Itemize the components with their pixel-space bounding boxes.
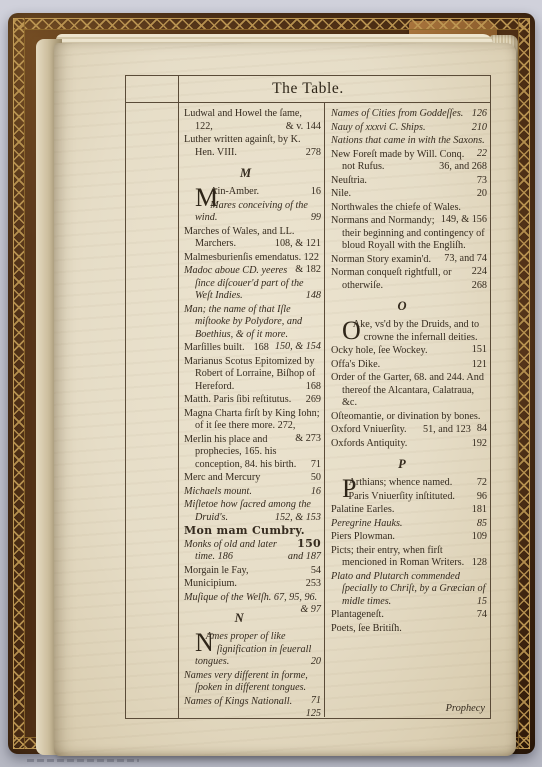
page-ref: 210 [466, 122, 487, 135]
index-entry: Neuſtria. 73 [331, 175, 487, 188]
index-entry: Palatine Earles. 181 [331, 504, 487, 517]
index-entry: Plantageneſt. 74 [331, 609, 487, 622]
catchword: Prophecy [446, 703, 485, 714]
page-ref: 224 [466, 266, 487, 279]
book-photo: The Table. Ludwal and Howel the ſame, 12… [0, 0, 542, 767]
page-ref: 125 [300, 708, 321, 717]
book-page: The Table. Ludwal and Howel the ſame, 12… [54, 43, 516, 756]
index-column-right: Names of Cities from Goddeſſes. 126Nauy … [325, 103, 490, 717]
page-ref: 20 [305, 656, 321, 669]
index-entry: Municipium. 253 [184, 578, 321, 591]
page-ref: 54 [305, 565, 321, 578]
page-ref: 16 [305, 186, 321, 199]
index-entry: Names very different in forme, ſpoken in… [184, 670, 321, 695]
index-entry: Luther written againſt, by K. Hen. VIII.… [184, 134, 321, 159]
page-ref: 269 [300, 394, 321, 407]
index-entry: Nauy of xxxvi C. Ships. 210 [331, 122, 487, 135]
page-ref: 108, & 121 [269, 238, 321, 251]
section-heading: P [331, 457, 473, 472]
index-entry: PArthians; whence named. 72 [331, 477, 487, 490]
index-entry: MAin-Amber. 16 [184, 186, 321, 199]
table-header-row: The Table. [126, 76, 490, 103]
index-entry: Marches of Wales, and LL. Marchers. 108,… [184, 226, 321, 251]
photo-credit-illegible [27, 759, 139, 762]
index-entry: Magna Charta firſt by King Iohn; of it ſ… [184, 408, 321, 433]
index-entry: Ocky hole, ſee Wockey. [331, 345, 487, 358]
page-title: The Table. [126, 76, 490, 102]
page-ref: & v. 144 [280, 121, 321, 134]
section-heading: O [331, 299, 473, 314]
page-ref: 74 [471, 609, 487, 622]
page-ref: 22 [471, 148, 487, 161]
page-ref: & 273 [289, 433, 321, 446]
book-cover: The Table. Ludwal and Howel the ſame, 12… [8, 13, 535, 754]
table-frame: The Table. Ludwal and Howel the ſame, 12… [125, 75, 491, 719]
index-entry: Marianus Scotus Epitomized by Robert of … [184, 356, 321, 394]
index-entry: Peregrine Hauks. 85 [331, 518, 487, 531]
index-entry: Names of Cities from Goddeſſes. 126 [331, 108, 487, 121]
page-ref: 50 [305, 472, 321, 485]
page-ref: 278 [300, 147, 321, 160]
index-entry: Nile. 20 [331, 188, 487, 201]
index-entry: Oſteomantie, or divination by bones. 84 [331, 411, 487, 424]
table-body: Ludwal and Howel the ſame, 122, & v. 144… [126, 103, 490, 717]
index-entry: New Foreſt made by Will. Conq. not Rufus… [331, 149, 487, 174]
index-entry: Ludwal and Howel the ſame, 122, & v. 144 [184, 108, 321, 133]
index-entry: NAmes proper of like ſignification in ſe… [184, 631, 321, 669]
index-entry: Poets, ſee Britiſh. [331, 623, 487, 636]
index-entry: Piers Plowman. 109 [331, 531, 487, 544]
page-ref: 15 [471, 596, 487, 609]
index-entry: Paris Vniuerſity inſtituted. 96 [331, 491, 487, 504]
page-ref: 73, and 74 [438, 253, 487, 266]
page-ref: 73 [471, 175, 487, 188]
page-ref: 71 [305, 459, 321, 472]
page-ref: 148 [300, 290, 321, 303]
drop-cap: N [195, 631, 217, 655]
page-ref: 268 [466, 280, 487, 293]
index-entry: Northwales the chiefe of Wales. 149, & 1… [331, 202, 487, 215]
index-entry: Offa's Dike. 121 [331, 359, 487, 372]
gutter-rule [178, 76, 179, 718]
page-ref: 85 [471, 518, 487, 531]
gutter-cell [126, 103, 178, 717]
page-ref: 16 [305, 486, 321, 499]
page-ref: & 182 [289, 264, 321, 277]
page-ref: 99 [305, 212, 321, 225]
page-ref: 168 [300, 381, 321, 394]
index-entry: Miſletoe how ſacred among the Druid's. 1… [184, 499, 321, 524]
page-ref: 36, and 268 [433, 161, 487, 174]
index-entry: Merc and Mercury 50 [184, 472, 321, 485]
page-ref: 20 [471, 188, 487, 201]
page-ref: 71 [305, 695, 321, 708]
index-entry: Norman conqueſt rightfull, or otherwiſe.… [331, 267, 487, 292]
page-ref: 150, & 154 [269, 341, 321, 354]
index-entry: Picts; their entry, when firſt mencioned… [331, 545, 487, 570]
index-entry: Malmesburienſis emendatus. 122 & 182 [184, 252, 321, 265]
index-entry: Plato and Plutarch commended ſpecially t… [331, 571, 487, 609]
index-entry: Morgain le Fay, 54 [184, 565, 321, 578]
page-ref: 128 [466, 557, 487, 570]
page-ref: 168 [248, 342, 269, 355]
index-column-left: Ludwal and Howel the ſame, 122, & v. 144… [178, 103, 324, 717]
index-entry: Nations that came in with the Saxons. 22 [331, 135, 487, 148]
page-ref: and 187 [282, 551, 321, 564]
page-ref: 84 [471, 423, 487, 436]
index-entry: Man; the name of that Iſle miſtooke by P… [184, 304, 321, 342]
gold-tooling-left [13, 18, 25, 749]
gold-tooling-top [13, 18, 530, 30]
page-ref: 72 [471, 477, 487, 490]
index-entry: OAke, vs'd by the Druids, and to crowne … [331, 319, 487, 344]
index-entry: Matth. Paris ſibi reſtitutus. 269 [184, 394, 321, 407]
page-ref: 150 [291, 538, 321, 551]
drop-cap: O [342, 319, 364, 343]
page-ref: 126 [466, 108, 487, 121]
page-ref: 149, & 156 [435, 214, 487, 227]
index-entry: Muſique of the Welſh. 67, 95, 96. & 97 [184, 592, 321, 605]
section-heading: M [184, 166, 307, 181]
index-entry: Oxfords Antiquity. 192 [331, 438, 487, 451]
index-entry: Order of the Garter, 68. and 244. And th… [331, 372, 487, 410]
page-ref: & 97 [294, 604, 321, 617]
page-ref: 192 [466, 438, 487, 451]
page-ref: 151 [466, 344, 487, 357]
page-ref: 51, and 123 [417, 424, 471, 437]
page-ref: 181 [466, 504, 487, 517]
page-ref: 253 [300, 578, 321, 591]
index-entry: Names of Kings Nationall. 125 [184, 696, 321, 709]
page-ref: 152, & 153 [269, 512, 321, 525]
index-entry: Mon mam Cumbry. 150 [184, 525, 321, 538]
gold-tooling-right [518, 18, 530, 749]
section-heading: N [184, 611, 307, 626]
page-ref: 96 [471, 491, 487, 504]
index-entry: Michaels mount. 16 [184, 486, 321, 499]
index-entry: Oxford Vniuerſity. 51, and 123 [331, 424, 487, 437]
page-ref: 109 [466, 531, 487, 544]
page-ref: 121 [466, 359, 487, 372]
